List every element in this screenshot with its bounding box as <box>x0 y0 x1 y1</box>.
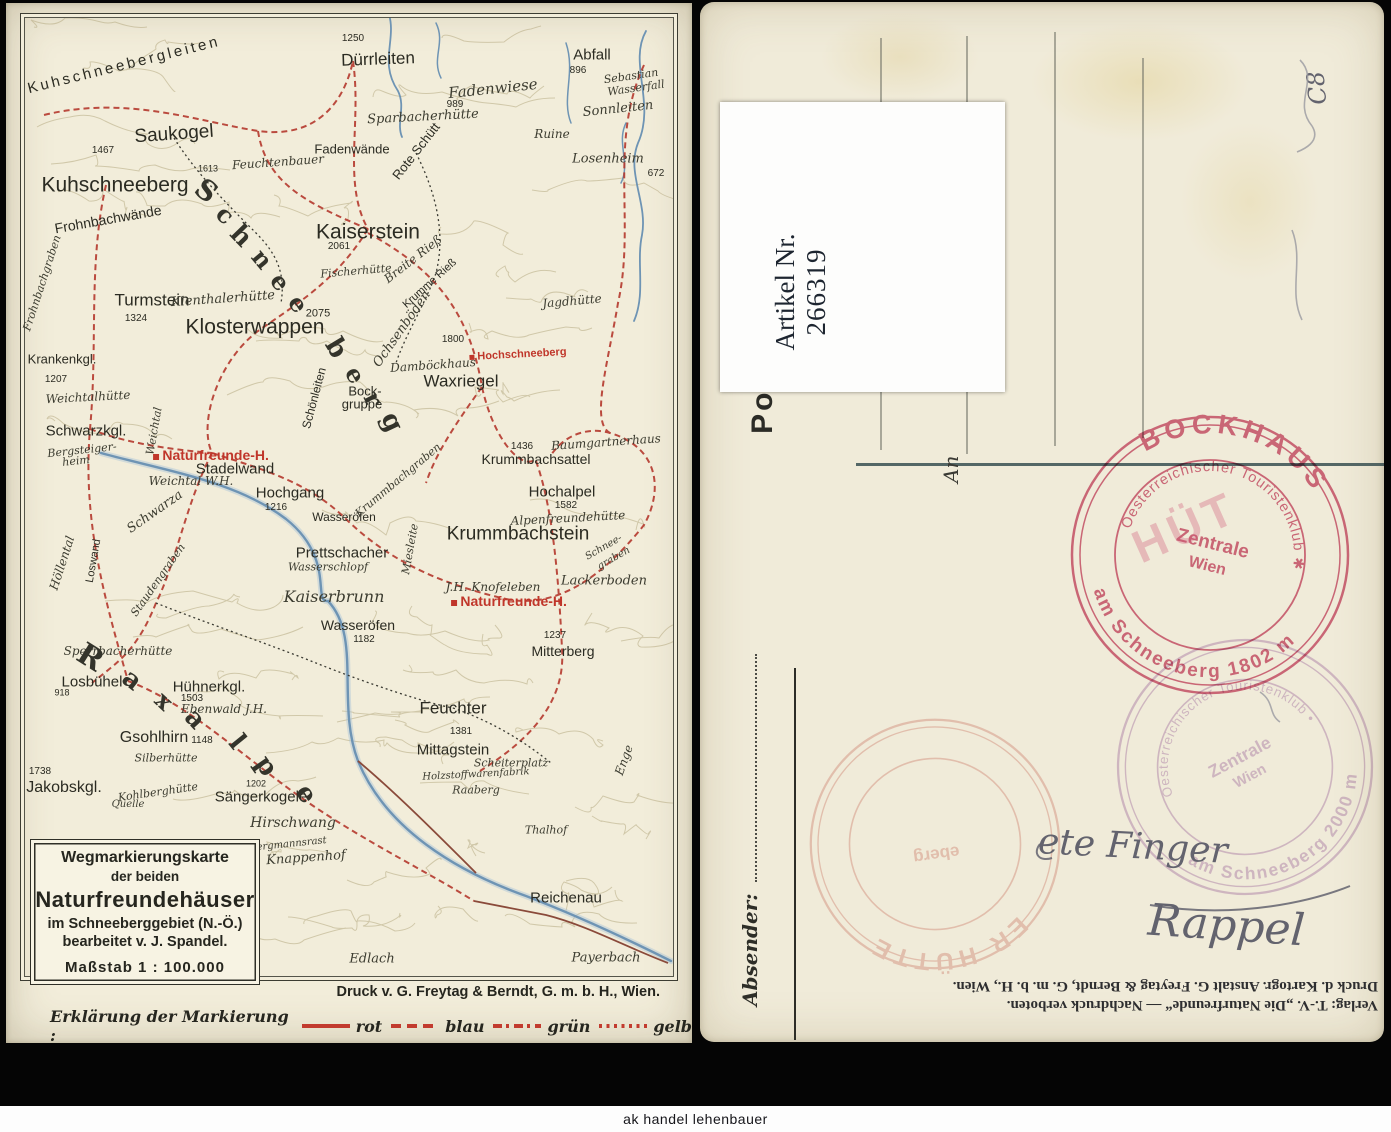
map-label: Losenheim <box>572 153 644 166</box>
map-title-line-6: Maßstab 1 : 100.000 <box>65 959 225 976</box>
map-label: Abfall <box>573 48 611 63</box>
map-label: Waxriegel <box>424 373 499 390</box>
article-number-text: Artikel Nr. 266319 <box>770 182 830 402</box>
map-label: Jakobskgl. <box>26 780 102 796</box>
map-postcard-front: KuhschneebergleitenSaukogel14671613Kuhsc… <box>6 3 692 1043</box>
paper-stain <box>820 12 980 102</box>
paper-stain <box>1030 22 1250 142</box>
legend-item-gelb: gelb <box>599 1017 692 1036</box>
map-label: Hochgang <box>256 486 324 501</box>
shop-caption: ak handel lehenbauer <box>623 1111 768 1127</box>
legend-sample-dotted <box>599 1024 647 1027</box>
map-label: Krummbachsattel <box>482 452 591 466</box>
postcard-scan: KuhschneebergleitenSaukogel14671613Kuhsc… <box>0 0 1391 1132</box>
map-label: Mitterberg <box>531 644 594 658</box>
svg-text:Oesterreichischer Touristenklu: Oesterreichischer Touristenklub • <box>1125 646 1320 801</box>
map-credit: Druck v. G. Freytag & Berndt, G. m. b. H… <box>337 984 661 1000</box>
map-label: 1800 <box>442 335 464 345</box>
map-label: 1202 <box>246 780 266 789</box>
map-label: Kaiserstein <box>316 222 420 243</box>
map-label: Silberhütte <box>135 753 198 764</box>
map-label: 1182 <box>353 635 375 645</box>
map-label: Naturfreunde-H. <box>451 594 567 608</box>
map-title-line-2: der beiden <box>111 869 179 884</box>
map-label: 896 <box>570 66 587 76</box>
legend-sample-dashed <box>391 1024 439 1027</box>
legend-item-grün: grün <box>493 1017 590 1036</box>
map-label: Wasseröfen <box>321 618 395 632</box>
map-label: Hochalpel <box>529 485 596 500</box>
map-label: Raaberg <box>452 785 500 796</box>
map-label: Klosterwappen <box>186 317 325 338</box>
legend-sample-solid <box>302 1024 350 1027</box>
map-title-line-3: Naturfreundehäuser <box>35 887 254 913</box>
legend-sample-dashdot <box>493 1024 541 1027</box>
legend-label: blau <box>445 1017 484 1036</box>
svg-text:eberg: eberg <box>912 842 961 867</box>
map-label: Dürrleiten <box>341 49 415 69</box>
map-label: 1436 <box>511 442 533 452</box>
caption-strip: ak handel lehenbauer <box>0 1106 1391 1132</box>
map-label: 1467 <box>92 146 114 156</box>
map-legend: Erklärung der Markierung : rotblaugrünge… <box>50 1007 692 1045</box>
map-label: 1324 <box>125 314 147 324</box>
map-label: Thalhof <box>525 825 567 836</box>
map-label: Feuchter <box>419 700 486 717</box>
article-number-line2: 266319 <box>801 182 832 402</box>
map-title-line-5: bearbeitet v. J. Spandel. <box>63 934 228 950</box>
map-label: 1250 <box>342 34 364 44</box>
map-label: Kaiserbrunn <box>284 589 385 605</box>
map-title-line-1: Wegmarkierungskarte <box>61 849 229 867</box>
postcard-back: Postkarte An Absender: Verlag: T.-V. „Di… <box>700 2 1384 1042</box>
map-title-line-4: im Schneeberggebiet (N.-Ö.) <box>48 916 243 932</box>
map-label: Reichenau <box>530 891 602 906</box>
handwriting-3: C8 <box>1301 70 1332 106</box>
map-label: Ruine <box>534 128 569 140</box>
an-label: An <box>939 443 965 483</box>
map-label: Payerbach <box>572 952 641 965</box>
map-label: 2061 <box>328 242 350 252</box>
map-title-box: Wegmarkierungskarteder beidenNaturfreund… <box>30 839 260 985</box>
legend-heading: Erklärung der Markierung : <box>50 1007 289 1045</box>
map-label: Schwarzkgl. <box>46 424 127 439</box>
map-label: Fadenwände <box>314 143 389 156</box>
map-label: Gsohlhirn <box>120 730 188 746</box>
handwriting-2: Rappel <box>1146 895 1306 957</box>
map-label: 1148 <box>191 736 213 746</box>
map-label: 918 <box>54 689 69 698</box>
svg-text:Wien: Wien <box>1187 553 1228 579</box>
absender-write-line <box>755 654 757 882</box>
legend-item-blau: blau <box>391 1017 484 1036</box>
article-number-sticker <box>720 102 1005 392</box>
svg-text:ER HÜTTE: ER HÜTTE <box>862 909 1037 985</box>
map-label: Hirschwang <box>250 816 336 830</box>
map-label: 1738 <box>29 767 51 777</box>
map-label: 1582 <box>555 501 577 511</box>
map-label: heim <box>62 454 91 468</box>
map-label: Prettschacher <box>296 546 389 561</box>
map-label: Kuhschneeberg <box>41 175 188 196</box>
paper-stain <box>1180 122 1320 282</box>
map-label: Weichtal W.H. <box>149 475 234 487</box>
imprint-line-1: Verlag: T.-V. „Die Naturfreunde“ — Nachd… <box>800 995 1378 1014</box>
address-line <box>1054 32 1056 446</box>
address-line <box>1142 58 1144 438</box>
map-label: Mittagstein <box>417 743 490 758</box>
map-label: Krummbachstein <box>447 525 590 544</box>
map-label: Lackerboden <box>561 575 647 588</box>
map-label: Krankenkgl. <box>28 353 97 366</box>
map-label: 1216 <box>265 503 287 513</box>
map-label: Quelle <box>112 800 145 810</box>
legend-label: rot <box>356 1017 383 1036</box>
map-label: 1207 <box>45 375 67 385</box>
map-label: 1381 <box>450 727 472 737</box>
map-label: Edlach <box>349 953 394 966</box>
map-label: Wasserschlopf <box>288 562 368 573</box>
imprint-divider-line <box>794 668 796 1040</box>
map-label: 2075 <box>306 309 330 320</box>
article-number-line1: Artikel Nr. <box>770 182 801 402</box>
map-label: 672 <box>648 169 665 179</box>
legend-label: grün <box>547 1017 590 1036</box>
map-label: J.H. Knofeleben <box>446 581 541 593</box>
legend-item-rot: rot <box>302 1017 383 1036</box>
absender-label: Absender: <box>738 866 766 1006</box>
map-label: 1237 <box>544 631 566 641</box>
legend-label: gelb <box>653 1017 692 1036</box>
